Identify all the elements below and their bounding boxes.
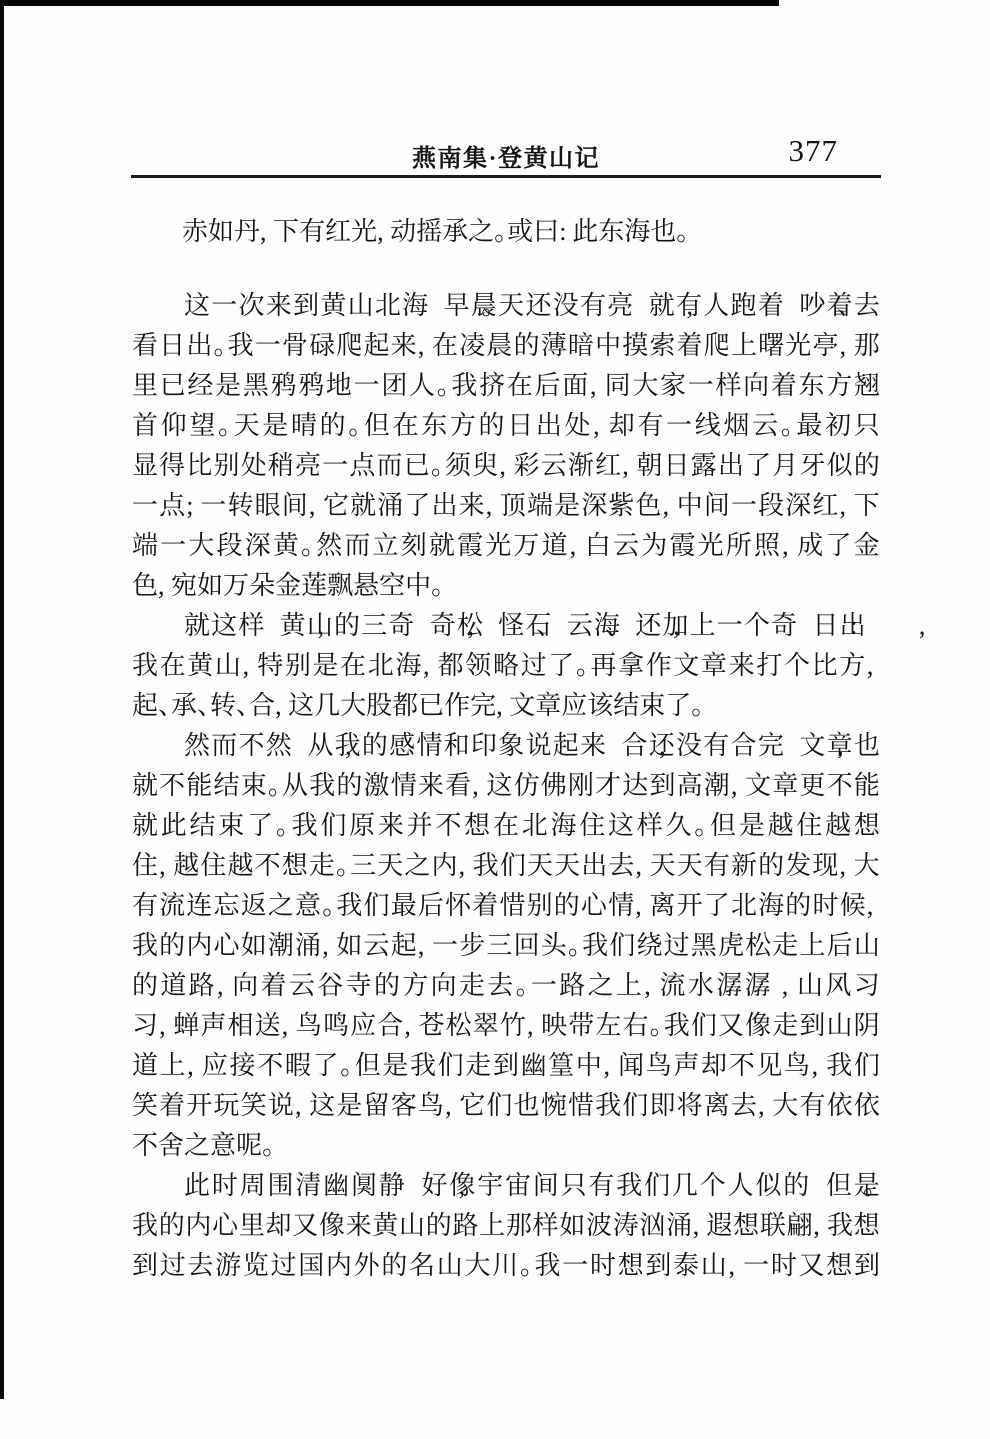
text-line: 就此结束了。我们原来并不想在北海住这样久。但是越住越想	[132, 806, 880, 846]
text-line: 显得比别处稍亮一点而已。须臾,彩云渐红,朝日露出了月牙似的	[132, 446, 880, 486]
text-line: 笑着开玩笑说,这是留客鸟,它们也惋惜我们即将离去,大有依依	[132, 1086, 880, 1126]
text-line: 起、承、转、合,这几大股都已作完,文章应该结束了。	[132, 686, 880, 726]
text-line: 此时周围清幽阒静,好像宇宙间只有我们几个人似的。但是	[132, 1166, 880, 1206]
quote-line: 赤如丹,下有红光,动摇承之。或曰:此东海也。	[182, 212, 689, 252]
text-line: 里已经是黑鸦鸦地一团人。我挤在后面,同大家一样向着东方翘	[132, 366, 880, 406]
text-line: 的道路,向着云谷寺的方向走去。一路之上,流水潺潺 ,山风习	[132, 966, 880, 1006]
text-line: 看日出。我一骨碌爬起来,在凌晨的薄暗中摸索着爬上曙光亭,那	[132, 326, 880, 366]
running-header: 燕南集·登黄山记	[132, 138, 880, 173]
page-number: 377	[789, 133, 839, 169]
text-line: 我在黄山,特别是在北海,都领略过了。再拿作文章来打个比方,	[132, 646, 880, 686]
header-rule	[131, 175, 881, 178]
text-line: 首仰望。天是晴的。但在东方的日出处,却有一线烟云。最初只	[132, 406, 880, 446]
text-line: 有流连忘返之意。我们最后怀着惜别的心情,离开了北海的时候,	[132, 886, 880, 926]
text-line: 到过去游览过国内外的名山大川。我一时想到泰山,一时又想到	[132, 1246, 880, 1286]
paragraph: 就这样,黄山的三奇,奇松、怪石、云海,还加上一个奇:日出,我在黄山,特别是在北海…	[132, 606, 880, 726]
book-page: 燕南集·登黄山记 377 赤如丹,下有红光,动摇承之。或曰:此东海也。 这一次来…	[0, 0, 990, 1439]
text-line: 不舍之意呢。	[132, 1126, 880, 1166]
text-line: 一点;一转眼间,它就涌了出来,顶端是深紫色,中间一段深红,下	[132, 486, 880, 526]
text-line: 我的内心如潮涌,如云起,一步三回头。我们绕过黑虎松走上后山	[132, 926, 880, 966]
text-line: 习,蝉声相送,鸟鸣应合,苍松翠竹,映带左右。我们又像走到山阴	[132, 1006, 880, 1046]
text-line: 色,宛如万朵金莲飘悬空中。	[132, 566, 880, 606]
text-line: 就这样,黄山的三奇,奇松、怪石、云海,还加上一个奇:日出,	[132, 606, 880, 646]
text-line: 道上,应接不暇了。但是我们走到幽篁中,闻鸟声却不见鸟,我们	[132, 1046, 880, 1086]
paragraph: 此时周围清幽阒静,好像宇宙间只有我们几个人似的。但是我的内心里却又像来黄山的路上…	[132, 1166, 880, 1286]
page-content: 燕南集·登黄山记 377 赤如丹,下有红光,动摇承之。或曰:此东海也。 这一次来…	[132, 0, 880, 1439]
text-line: 然而不然,从我的感情和印象说起来,合还没有合完,文章也	[132, 726, 880, 766]
paragraph: 然而不然,从我的感情和印象说起来,合还没有合完,文章也就不能结束。从我的激情来看…	[132, 726, 880, 1166]
scan-edge-left	[0, 0, 4, 1399]
text-line: 就不能结束。从我的激情来看,这仿佛刚才达到高潮,文章更不能	[132, 766, 880, 806]
text-line: 这一次来到黄山北海。早晨天还没有亮,就有人跑着、吵着去	[132, 286, 880, 326]
paragraphs: 这一次来到黄山北海。早晨天还没有亮,就有人跑着、吵着去看日出。我一骨碌爬起来,在…	[132, 286, 880, 1286]
paragraph: 这一次来到黄山北海。早晨天还没有亮,就有人跑着、吵着去看日出。我一骨碌爬起来,在…	[132, 286, 880, 606]
text-line: 住,越住越不想走。三天之内,我们天天出去,天天有新的发现,大	[132, 846, 880, 886]
text-line: 端一大段深黄。然而立刻就霞光万道,白云为霞光所照,成了金	[132, 526, 880, 566]
text-line: 我的内心里却又像来黄山的路上那样如波涛汹涌,遐想联翩,我想	[132, 1206, 880, 1246]
